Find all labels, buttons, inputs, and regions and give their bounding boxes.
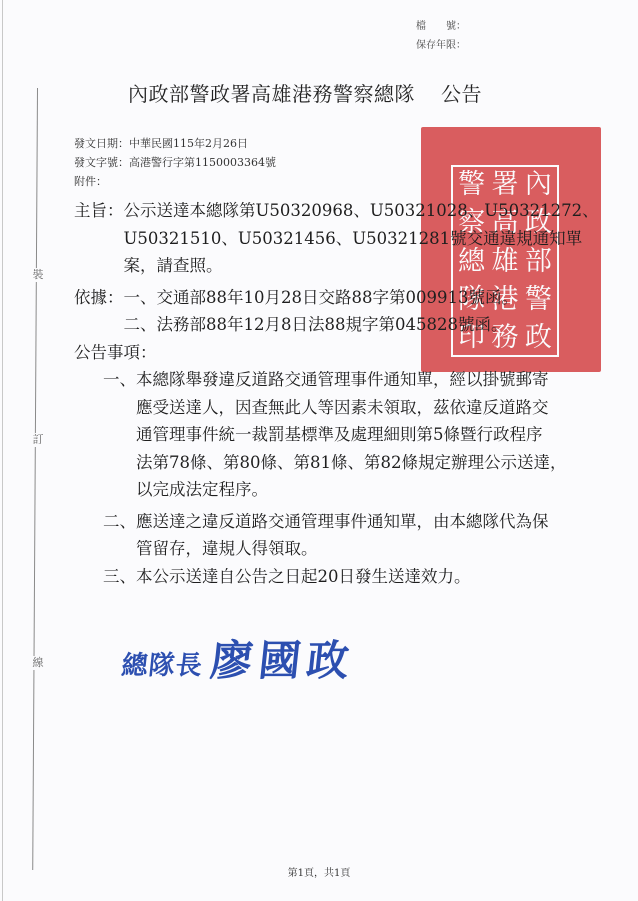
file-number-label: 檔 號： (416, 17, 466, 36)
agency-name: 內政部警政署高雄港務警察總隊 (128, 82, 415, 106)
binding-mark-ding: 訂 (30, 433, 46, 447)
notice-item-3: 三、 本公示送達自公告之日起20日發生送達效力。 (74, 563, 574, 591)
binding-line (32, 88, 38, 870)
signature-role: 總隊長 (120, 645, 205, 682)
reference-number-row: 發文字號：高港警行字第1150003364號 (74, 153, 276, 172)
notice-item-3-lines: 本公示送達自公告之日起20日發生送達效力。 (136, 563, 471, 591)
signature-name: 廖國政 (208, 628, 358, 688)
issue-date-value: 中華民國115年2月26日 (129, 137, 248, 150)
basis-section: 依據： 一、交通部88年10月28日交路88字第009913號函。 二、法務部8… (74, 284, 574, 339)
notice-item-3-line-1: 本公示送達自公告之日起20日發生送達效力。 (136, 563, 471, 591)
notice-item-1-line-5: 以完成法定程序。 (136, 476, 566, 504)
notice-item-1-line-3: 通管理事件統一裁罰基標準及處理細則第5條暨行政程序 (136, 421, 566, 449)
notice-item-2-number: 二、 (88, 508, 136, 563)
subject-lines: 公示送達本總隊第U50320968、U50321028、U50321272、 U… (124, 197, 599, 280)
file-number-row: 檔 號： (416, 17, 466, 36)
basis-item-1: 一、交通部88年10月28日交路88字第009913號函。 (124, 284, 518, 312)
page-edge (2, 0, 3, 901)
subject-line-1: 公示送達本總隊第U50320968、U50321028、U50321272、 (124, 197, 599, 225)
notice-item-1-line-1: 本總隊舉發違反道路交通管理事件通知單，經以掛號郵寄 (136, 366, 566, 394)
notice-item-2: 二、 應送達之違反道路交通管理事件通知單，由本總隊代為保 管留存，違規人得領取。 (74, 508, 574, 563)
document-type: 公告 (441, 82, 482, 106)
notice-item-1-lines: 本總隊舉發違反道路交通管理事件通知單，經以掛號郵寄 應受送達人，因查無此人等因素… (136, 366, 566, 504)
basis-label: 依據： (74, 284, 124, 339)
basis-item-2: 二、法務部88年12月8日法88規字第045828號函。 (124, 311, 518, 339)
binding-mark-xian: 線 (30, 656, 46, 670)
retention-label: 保存年限： (416, 36, 466, 55)
subject-label: 主旨： (74, 197, 124, 280)
file-meta: 檔 號： 保存年限： (416, 17, 466, 55)
attachment-label: 附件： (74, 175, 107, 188)
attachment-row: 附件： (74, 172, 276, 191)
reference-number-label: 發文字號： (74, 156, 129, 169)
subject-line-3: 案，請查照。 (124, 252, 599, 280)
notice-label: 公告事項： (74, 339, 574, 367)
page-footer: 第1頁，共1頁 (0, 864, 638, 879)
basis-items: 一、交通部88年10月28日交路88字第009913號函。 二、法務部88年12… (124, 284, 518, 339)
notice-item-3-number: 三、 (88, 563, 136, 591)
document-body: 主旨： 公示送達本總隊第U50320968、U50321028、U5032127… (74, 197, 574, 590)
signature-stamp: 總隊長 廖國政 (122, 628, 355, 688)
notice-item-2-line-1: 應送達之違反道路交通管理事件通知單，由本總隊代為保 (136, 508, 549, 536)
notice-item-2-lines: 應送達之違反道路交通管理事件通知單，由本總隊代為保 管留存，違規人得領取。 (136, 508, 549, 563)
binding-mark-zhuang: 裝 (30, 268, 46, 282)
document-title: 內政部警政署高雄港務警察總隊公告 (128, 78, 482, 107)
issue-date-row: 發文日期：中華民國115年2月26日 (74, 134, 276, 153)
issue-date-label: 發文日期： (74, 137, 129, 150)
issue-info: 發文日期：中華民國115年2月26日 發文字號：高港警行字第1150003364… (74, 134, 276, 191)
reference-number-value: 高港警行字第1150003364號 (129, 156, 276, 169)
notice-item-1-line-2: 應受送達人，因查無此人等因素未領取，茲依違反道路交 (136, 394, 566, 422)
retention-row: 保存年限： (416, 36, 466, 55)
notice-item-1: 一、 本總隊舉發違反道路交通管理事件通知單，經以掛號郵寄 應受送達人，因查無此人… (74, 366, 574, 504)
subject-section: 主旨： 公示送達本總隊第U50320968、U50321028、U5032127… (74, 197, 574, 280)
subject-line-2: U50321510、U50321456、U50321281號交通違規通知單 (124, 225, 599, 253)
notice-item-2-line-2: 管留存，違規人得領取。 (136, 535, 549, 563)
notice-item-1-number: 一、 (88, 366, 136, 504)
page-number: 第1頁，共1頁 (288, 868, 351, 879)
notice-item-1-line-4: 法第78條、第80條、第81條、第82條規定辦理公示送達， (136, 449, 566, 477)
